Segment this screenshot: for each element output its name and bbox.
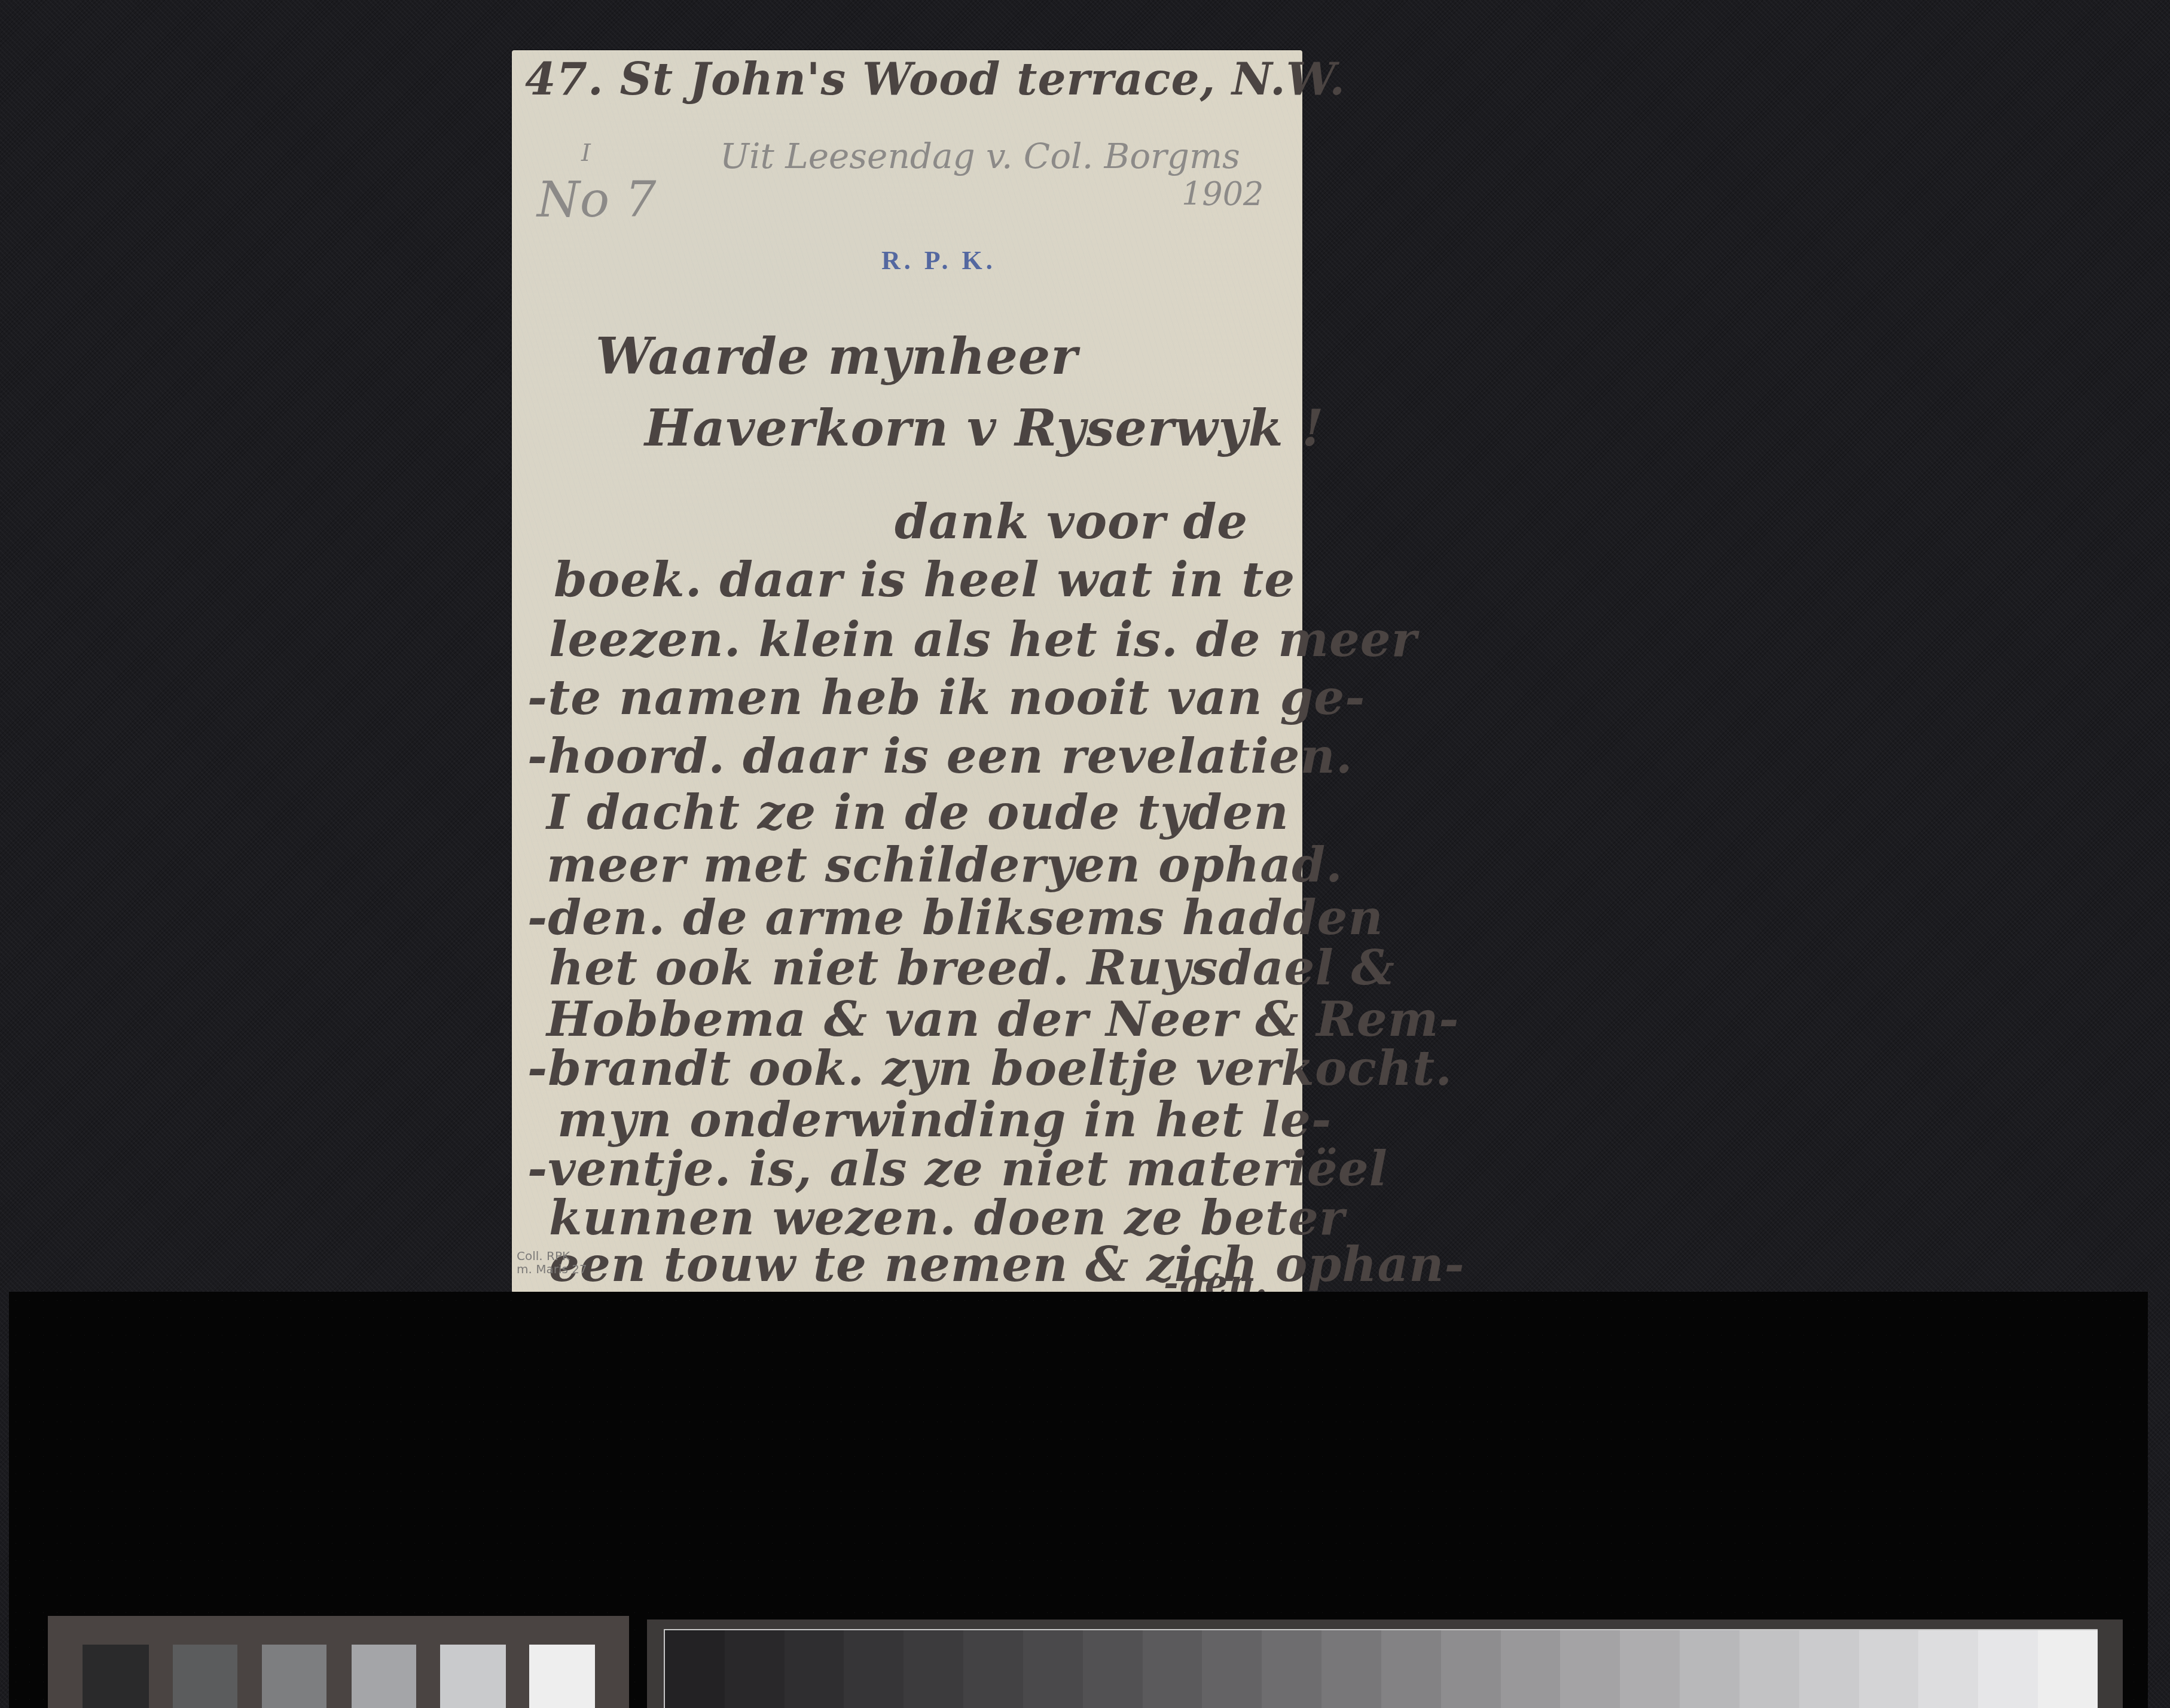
grey-scale-card-small (48, 1616, 629, 1708)
grey-step (1143, 1630, 1202, 1708)
salutation-line: Waarde mynheer (596, 331, 1078, 382)
grey-step (2038, 1630, 2098, 1708)
grey-patch (440, 1645, 506, 1708)
letter-line: -brandt ook. zyn boeltje verkocht. (527, 1044, 1452, 1092)
grey-patch (529, 1645, 595, 1708)
grey-patch (262, 1645, 326, 1708)
letter-line: Hobbema & van der Neer & Rem- (547, 995, 1460, 1043)
grey-step (785, 1630, 844, 1708)
salutation-line: Haverkorn v Ryserwyk ! (645, 403, 1324, 453)
grey-step (1441, 1630, 1501, 1708)
grey-step (1321, 1630, 1381, 1708)
grey-step (725, 1630, 785, 1708)
grey-step (1023, 1630, 1083, 1708)
grey-patch (352, 1645, 416, 1708)
grey-step (1262, 1630, 1321, 1708)
archive-reference-note: Coll. RPK m. Maris 27 (517, 1249, 587, 1276)
grey-step (1381, 1630, 1441, 1708)
letter-card: 47. St John's Wood terrace, N.W. I Uit L… (512, 50, 1302, 1293)
grey-scale-step-wedge (647, 1619, 2123, 1708)
sender-address: 47. St John's Wood terrace, N.W. (525, 57, 1345, 102)
grey-patch (83, 1645, 149, 1708)
grey-step (1978, 1630, 2038, 1708)
grey-step (1799, 1630, 1859, 1708)
letter-line: leezen. klein als het is. de meer (549, 615, 1417, 663)
letter-line: een touw te nemen & zich ophan- (549, 1240, 1465, 1288)
letter-line: -te namen heb ik nooit van ge- (527, 673, 1365, 721)
letter-line: meer met schilderyen ophad. (547, 841, 1343, 889)
pencil-roman-numeral: I (581, 141, 591, 165)
grey-step (665, 1630, 725, 1708)
grey-step (1083, 1630, 1143, 1708)
letter-line: dank voor de (895, 498, 1248, 545)
collection-stamp: R. P. K. (881, 248, 996, 274)
letter-line: -ventje. is, als ze niet materiëel (527, 1145, 1388, 1192)
grey-steps (664, 1629, 2098, 1708)
grey-step (963, 1630, 1023, 1708)
letter-line: kunnen wezen. doen ze beter (549, 1194, 1345, 1242)
letter-line: -hoord. daar is een revelatien. (527, 732, 1353, 780)
letter-line: myn onderwinding in het le- (557, 1096, 1332, 1143)
grey-step (1501, 1630, 1561, 1708)
pencil-item-number: No 7 (537, 176, 656, 225)
grey-step (1739, 1630, 1799, 1708)
grey-step (1620, 1630, 1680, 1708)
letter-line: I dacht ze in de oude tyden (547, 788, 1289, 836)
grey-step (844, 1630, 904, 1708)
grey-step (1202, 1630, 1262, 1708)
letter-line: het ook niet breed. Ruysdael & (549, 944, 1395, 992)
grey-patch (173, 1645, 237, 1708)
pencil-provenance-note: Uit Leesendag v. Col. Borgms (720, 139, 1240, 173)
grey-step (1918, 1630, 1978, 1708)
grey-step (1680, 1630, 1739, 1708)
letter-line: -den. de arme bliksems hadden (527, 893, 1384, 941)
pencil-year: 1902 (1182, 178, 1263, 211)
letter-line: boek. daar is heel wat in te (554, 556, 1295, 603)
grey-step (1560, 1630, 1620, 1708)
grey-step (1859, 1630, 1919, 1708)
grey-step (904, 1630, 963, 1708)
